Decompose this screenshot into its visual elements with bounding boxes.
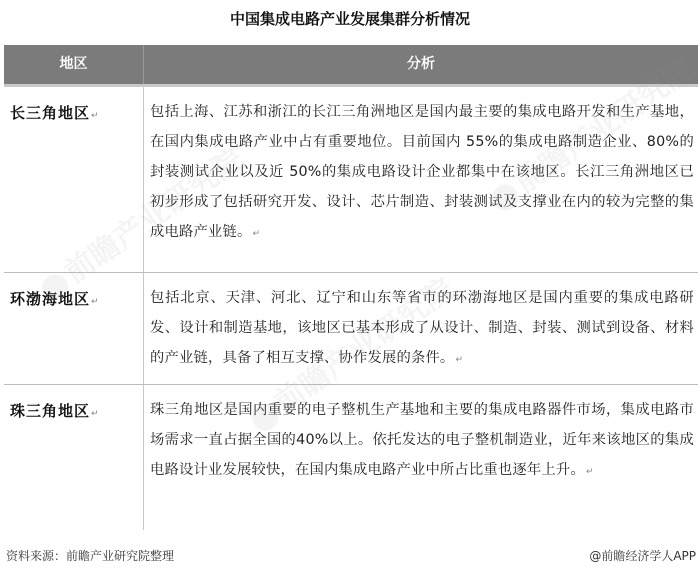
- region-label: 长三角地区: [10, 104, 90, 122]
- table-header: 地区 分析: [4, 45, 698, 87]
- table-row: 环渤海地区↵ 包括北京、天津、河北、辽宁和山东等省市的环渤海地区是国内重要的集成…: [4, 272, 698, 385]
- analysis-text: 珠三角地区是国内重要的电子整机生产基地和主要的集成电路器件市场，集成电路市场需求…: [150, 402, 694, 478]
- paragraph-mark-icon: ↵: [91, 297, 100, 307]
- region-label: 环渤海地区: [10, 290, 90, 308]
- paragraph-mark-icon: ↵: [455, 355, 463, 365]
- region-label: 珠三角地区: [10, 402, 90, 420]
- source-note: 资料来源：前瞻产业研究院整理: [6, 547, 174, 564]
- analysis-cell: 包括北京、天津、河北、辽宁和山东等省市的环渤海地区是国内重要的集成电路研发、设计…: [150, 283, 694, 375]
- table-row: 长三角地区↵ 包括上海、江苏和浙江的长江三角洲地区是国内最主要的集成电路开发和生…: [4, 87, 698, 272]
- credit-note: @前瞻经济学人APP: [589, 547, 696, 564]
- analysis-cell: 珠三角地区是国内重要的电子整机生产基地和主要的集成电路器件市场，集成电路市场需求…: [150, 395, 694, 487]
- paragraph-mark-icon: ↵: [252, 229, 260, 239]
- page-title: 中国集成电路产业发展集群分析情况: [0, 8, 700, 30]
- analysis-cell: 包括上海、江苏和浙江的长江三角洲地区是国内最主要的集成电路开发和生产基地，在国内…: [150, 97, 694, 249]
- paragraph-mark-icon: ↵: [91, 409, 100, 419]
- region-cell: 珠三角地区↵: [10, 400, 140, 421]
- column-header-analysis: 分析: [144, 45, 698, 84]
- cluster-analysis-table: 地区 分析 长三角地区↵ 包括上海、江苏和浙江的长江三角洲地区是国内最主要的集成…: [4, 45, 698, 530]
- column-header-region: 地区: [4, 45, 143, 84]
- paragraph-mark-icon: ↵: [586, 467, 594, 477]
- paragraph-mark-icon: ↵: [91, 111, 100, 121]
- region-cell: 环渤海地区↵: [10, 288, 140, 309]
- region-cell: 长三角地区↵: [10, 102, 140, 123]
- table-row: 珠三角地区↵ 珠三角地区是国内重要的电子整机生产基地和主要的集成电路器件市场，集…: [4, 384, 698, 531]
- analysis-text: 包括上海、江苏和浙江的长江三角洲地区是国内最主要的集成电路开发和生产基地，在国内…: [150, 104, 694, 240]
- analysis-text: 包括北京、天津、河北、辽宁和山东等省市的环渤海地区是国内重要的集成电路研发、设计…: [150, 290, 694, 366]
